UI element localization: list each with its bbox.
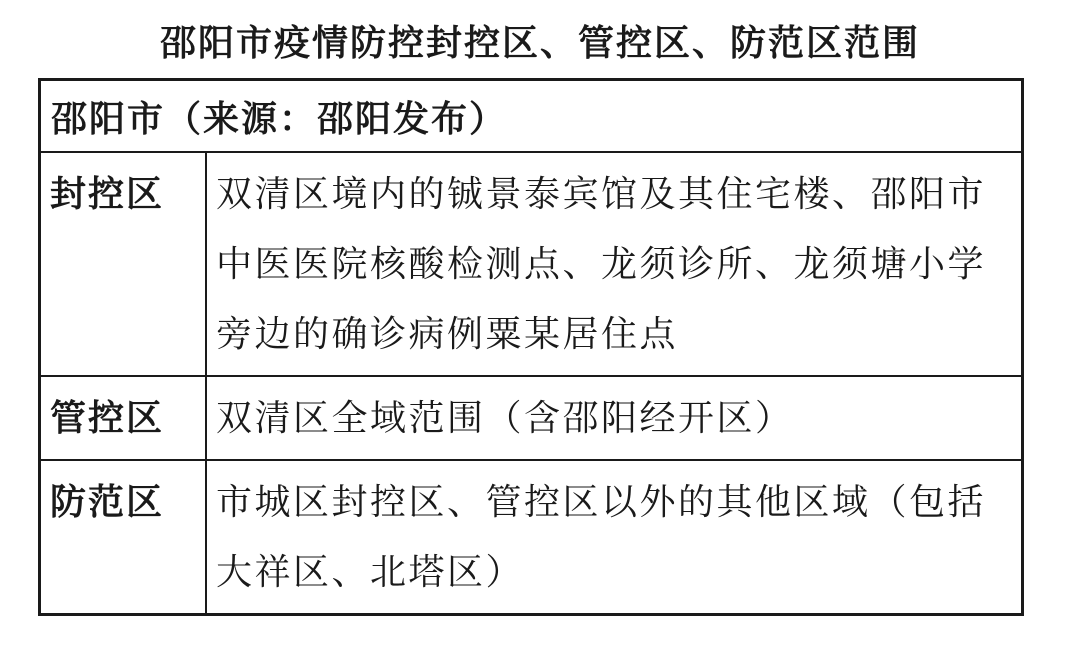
control-zone-row: 管控区 双清区全域范围（含邵阳经开区） (41, 375, 1021, 459)
sealed-zone-content-cell: 双清区境内的铖景泰宾馆及其住宅楼、邵阳市 中医医院核酸检测点、龙须诊所、龙须塘小… (207, 153, 1021, 375)
table-header-text: 邵阳市（来源：邵阳发布） (51, 91, 507, 142)
content-line: 旁边的确诊病例粟某居住点 (216, 299, 1021, 369)
content-line: 双清区境内的铖景泰宾馆及其住宅楼、邵阳市 (216, 159, 1021, 229)
precaution-zone-label-cell: 防范区 (41, 461, 207, 613)
content-line: 双清区全域范围（含邵阳经开区） (216, 383, 1021, 453)
precaution-zone-row: 防范区 市城区封控区、管控区以外的其他区域（包括 大祥区、北塔区） (41, 459, 1021, 613)
content-line: 中医医院核酸检测点、龙须诊所、龙须塘小学 (216, 229, 1021, 299)
sealed-zone-label-cell: 封控区 (41, 153, 207, 375)
sealed-zone-row: 封控区 双清区境内的铖景泰宾馆及其住宅楼、邵阳市 中医医院核酸检测点、龙须诊所、… (41, 151, 1021, 375)
control-zone-content-cell: 双清区全域范围（含邵阳经开区） (207, 377, 1021, 459)
sealed-zone-label: 封控区 (50, 159, 205, 229)
page-title: 邵阳市疫情防控封控区、管控区、防范区范围 (0, 0, 1080, 66)
precaution-zone-label: 防范区 (50, 467, 205, 537)
content-line: 大祥区、北塔区） (216, 537, 1021, 607)
zones-table: 邵阳市（来源：邵阳发布） 封控区 双清区境内的铖景泰宾馆及其住宅楼、邵阳市 中医… (38, 78, 1024, 616)
control-zone-label-cell: 管控区 (41, 377, 207, 459)
content-line: 市城区封控区、管控区以外的其他区域（包括 (216, 467, 1021, 537)
page: 邵阳市疫情防控封控区、管控区、防范区范围 邵阳市（来源：邵阳发布） 封控区 双清… (0, 0, 1080, 645)
precaution-zone-content-cell: 市城区封控区、管控区以外的其他区域（包括 大祥区、北塔区） (207, 461, 1021, 613)
control-zone-label: 管控区 (50, 383, 205, 453)
table-header-row: 邵阳市（来源：邵阳发布） (41, 81, 1021, 151)
